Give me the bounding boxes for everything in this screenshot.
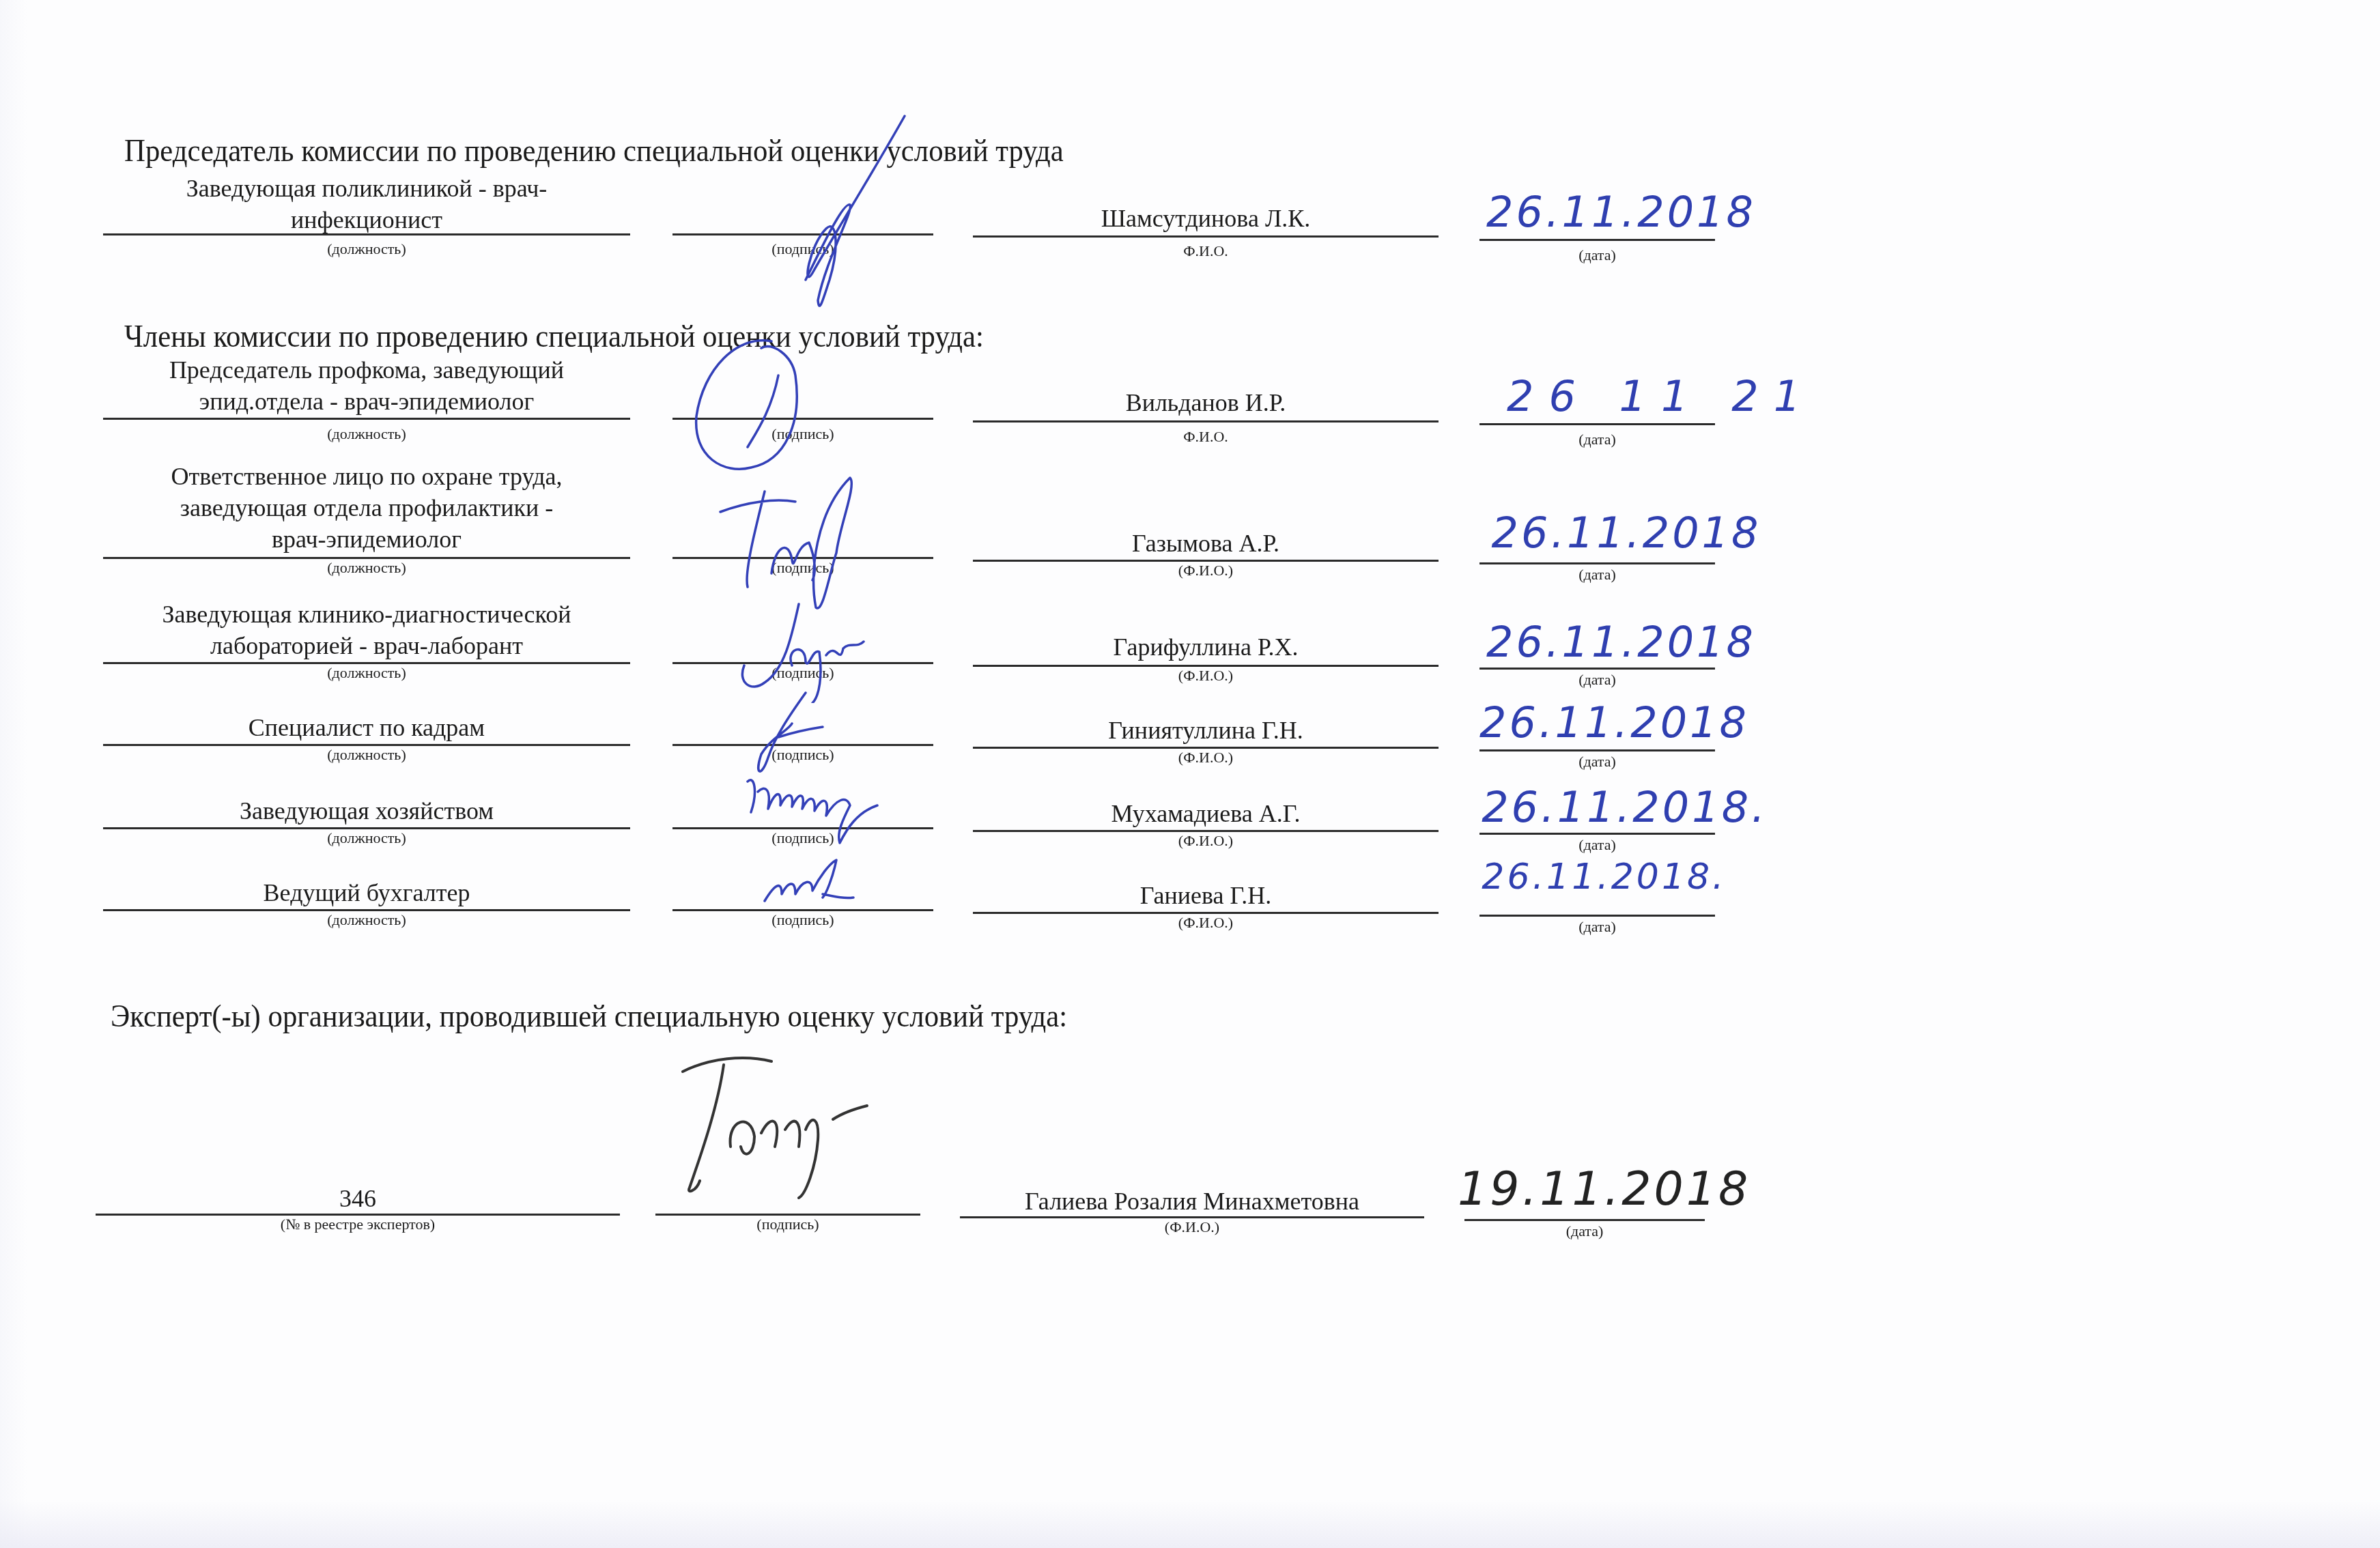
date-caption: (дата) bbox=[1479, 919, 1715, 935]
position-caption: (должность) bbox=[103, 241, 630, 257]
underline bbox=[103, 233, 630, 235]
fio-caption: (Ф.И.О.) bbox=[960, 1219, 1424, 1235]
fio-field: Мухамадиева А.Г. (Ф.И.О.) bbox=[973, 788, 1439, 856]
position-line: Председатель профкома, заведующий bbox=[103, 355, 630, 385]
signature-caption: (подпись) bbox=[672, 747, 933, 763]
date-field: 26.11.2018 (дата) bbox=[1479, 704, 1715, 773]
position-line: Заведующая поликлиникой - врач- bbox=[103, 173, 630, 203]
fio-field: Ганиева Г.Н. (Ф.И.О.) bbox=[973, 870, 1439, 938]
position-caption: (должность) bbox=[103, 426, 630, 442]
signature-field: (подпись) bbox=[672, 164, 933, 266]
date-caption: (дата) bbox=[1479, 837, 1715, 853]
date-field: 26.11.2018. (дата) bbox=[1479, 788, 1715, 856]
underline bbox=[1479, 562, 1715, 564]
fio-field: Газымова А.Р. (Ф.И.О.) bbox=[973, 455, 1439, 591]
fio-caption: (Ф.И.О.) bbox=[973, 833, 1439, 849]
position-field: Ответственное лицо по охране труда, заве… bbox=[103, 455, 630, 591]
date-field: 26 11 21 (дата) bbox=[1479, 349, 1715, 452]
fio-field: Гиниятуллина Г.Н. (Ф.И.О.) bbox=[973, 704, 1439, 773]
handwritten-date: 26.11.2018 bbox=[1473, 188, 1770, 236]
signature-field: (подпись) bbox=[672, 870, 933, 938]
signature-caption: (подпись) bbox=[672, 241, 933, 257]
handwritten-date: 26 11 21 bbox=[1507, 373, 1756, 420]
fio-caption: Ф.И.О. bbox=[973, 243, 1439, 259]
date-caption: (дата) bbox=[1479, 754, 1715, 770]
position-caption: (должность) bbox=[103, 560, 630, 576]
position-caption: (должность) bbox=[103, 830, 630, 846]
date-caption: (дата) bbox=[1479, 567, 1715, 583]
date-field: 26.11.2018. (дата) bbox=[1479, 870, 1715, 938]
handwritten-date: 26.11.2018. bbox=[1473, 784, 1776, 831]
position-caption: (должность) bbox=[103, 747, 630, 763]
date-field: 26.11.2018 (дата) bbox=[1479, 594, 1715, 683]
signature-field: (подпись) bbox=[672, 349, 933, 452]
date-field: 26.11.2018 (дата) bbox=[1479, 164, 1715, 266]
fio-field: Шамсутдинова Л.К. Ф.И.О. bbox=[973, 164, 1439, 266]
members-heading: Члены комиссии по проведению специальной… bbox=[124, 321, 984, 352]
signature-caption: (подпись) bbox=[672, 665, 933, 681]
position-line: заведующая отдела профилактики - bbox=[103, 493, 630, 523]
signature-caption: (подпись) bbox=[672, 830, 933, 846]
signature-caption: (подпись) bbox=[672, 912, 933, 928]
fio-caption: (Ф.И.О.) bbox=[973, 915, 1439, 931]
fio-value: Ганиева Г.Н. bbox=[973, 880, 1439, 911]
position-line: Специалист по кадрам bbox=[103, 713, 630, 743]
underline bbox=[103, 418, 630, 420]
fio-field: Галиева Розалия Минахметовна (Ф.И.О.) bbox=[960, 1174, 1424, 1242]
fio-caption: (Ф.И.О.) bbox=[973, 562, 1439, 579]
fio-value: Газымова А.Р. bbox=[973, 528, 1439, 558]
date-field: 19.11.2018 (дата) bbox=[1464, 1174, 1705, 1242]
date-caption: (дата) bbox=[1479, 672, 1715, 688]
handwritten-date: 19.11.2018 bbox=[1458, 1166, 1746, 1214]
position-line: эпид.отдела - врач-эпидемиолог bbox=[103, 386, 630, 416]
signature-caption: (подпись) bbox=[672, 426, 933, 442]
signature-field: (подпись) bbox=[672, 788, 933, 856]
signature-field: (подпись) bbox=[672, 594, 933, 683]
signature-field: (подпись) bbox=[655, 1174, 920, 1242]
underline bbox=[1464, 1219, 1705, 1221]
underline bbox=[1479, 423, 1715, 425]
handwritten-date: 26.11.2018 bbox=[1476, 509, 1776, 557]
handwritten-date: 26.11.2018 bbox=[1473, 699, 1756, 747]
registry-number: 346 bbox=[96, 1184, 620, 1214]
date-field: 26.11.2018 (дата) bbox=[1479, 455, 1715, 591]
signature-field: (подпись) bbox=[672, 704, 933, 773]
registry-caption: (№ в реестре экспертов) bbox=[96, 1216, 620, 1233]
date-caption: (дата) bbox=[1464, 1223, 1705, 1239]
signature-field: (подпись) bbox=[672, 455, 933, 591]
handwritten-date: 26.11.2018 bbox=[1479, 618, 1763, 666]
expert-heading: Эксперт(-ы) организации, проводившей спе… bbox=[111, 1001, 1067, 1032]
position-field: Специалист по кадрам (должность) bbox=[103, 704, 630, 773]
underline bbox=[973, 420, 1439, 422]
underline bbox=[672, 418, 933, 420]
position-caption: (должность) bbox=[103, 912, 630, 928]
position-field: Председатель профкома, заведующий эпид.о… bbox=[103, 349, 630, 452]
fio-value: Мухамадиева А.Г. bbox=[973, 799, 1439, 829]
fio-field: Гарифуллина Р.Х. (Ф.И.О.) bbox=[973, 594, 1439, 683]
fio-field: Вильданов И.Р. Ф.И.О. bbox=[973, 349, 1439, 452]
position-field: Заведующая хозяйством (должность) bbox=[103, 788, 630, 856]
position-line: Ответственное лицо по охране труда, bbox=[103, 461, 630, 491]
underline bbox=[1479, 239, 1715, 241]
signature-caption: (подпись) bbox=[672, 560, 933, 576]
fio-value: Вильданов И.Р. bbox=[973, 388, 1439, 418]
position-caption: (должность) bbox=[103, 665, 630, 681]
underline bbox=[1479, 915, 1715, 917]
position-field: Заведующая клинико-диагностической лабор… bbox=[103, 594, 630, 683]
handwritten-date: 26.11.2018. bbox=[1452, 853, 1756, 901]
underline bbox=[672, 233, 933, 235]
date-caption: (дата) bbox=[1479, 431, 1715, 448]
position-line: лабораторией - врач-лаборант bbox=[103, 631, 630, 661]
date-caption: (дата) bbox=[1479, 247, 1715, 263]
fio-caption: (Ф.И.О.) bbox=[973, 749, 1439, 766]
position-line: Заведующая клинико-диагностической bbox=[103, 599, 630, 629]
position-field: Ведущий бухгалтер (должность) bbox=[103, 870, 630, 938]
position-line: Заведующая хозяйством bbox=[103, 796, 630, 826]
underline bbox=[973, 235, 1439, 238]
underline bbox=[1479, 668, 1715, 670]
registry-field: 346 (№ в реестре экспертов) bbox=[96, 1174, 620, 1242]
underline bbox=[1479, 833, 1715, 835]
fio-caption: (Ф.И.О.) bbox=[973, 668, 1439, 684]
fio-value: Галиева Розалия Минахметовна bbox=[960, 1186, 1424, 1216]
position-field: Заведующая поликлиникой - врач- инфекцио… bbox=[103, 164, 630, 266]
fio-value: Шамсутдинова Л.К. bbox=[973, 203, 1439, 233]
position-line: Ведущий бухгалтер bbox=[103, 878, 630, 908]
chairman-heading: Председатель комиссии по проведению спец… bbox=[124, 135, 1064, 167]
fio-value: Гарифуллина Р.Х. bbox=[973, 632, 1439, 662]
underline bbox=[1479, 749, 1715, 751]
fio-caption: Ф.И.О. bbox=[973, 429, 1439, 445]
position-line: врач-эпидемиолог bbox=[103, 524, 630, 554]
signature-caption: (подпись) bbox=[655, 1216, 920, 1233]
fio-value: Гиниятуллина Г.Н. bbox=[973, 715, 1439, 745]
position-line: инфекционист bbox=[103, 205, 630, 235]
